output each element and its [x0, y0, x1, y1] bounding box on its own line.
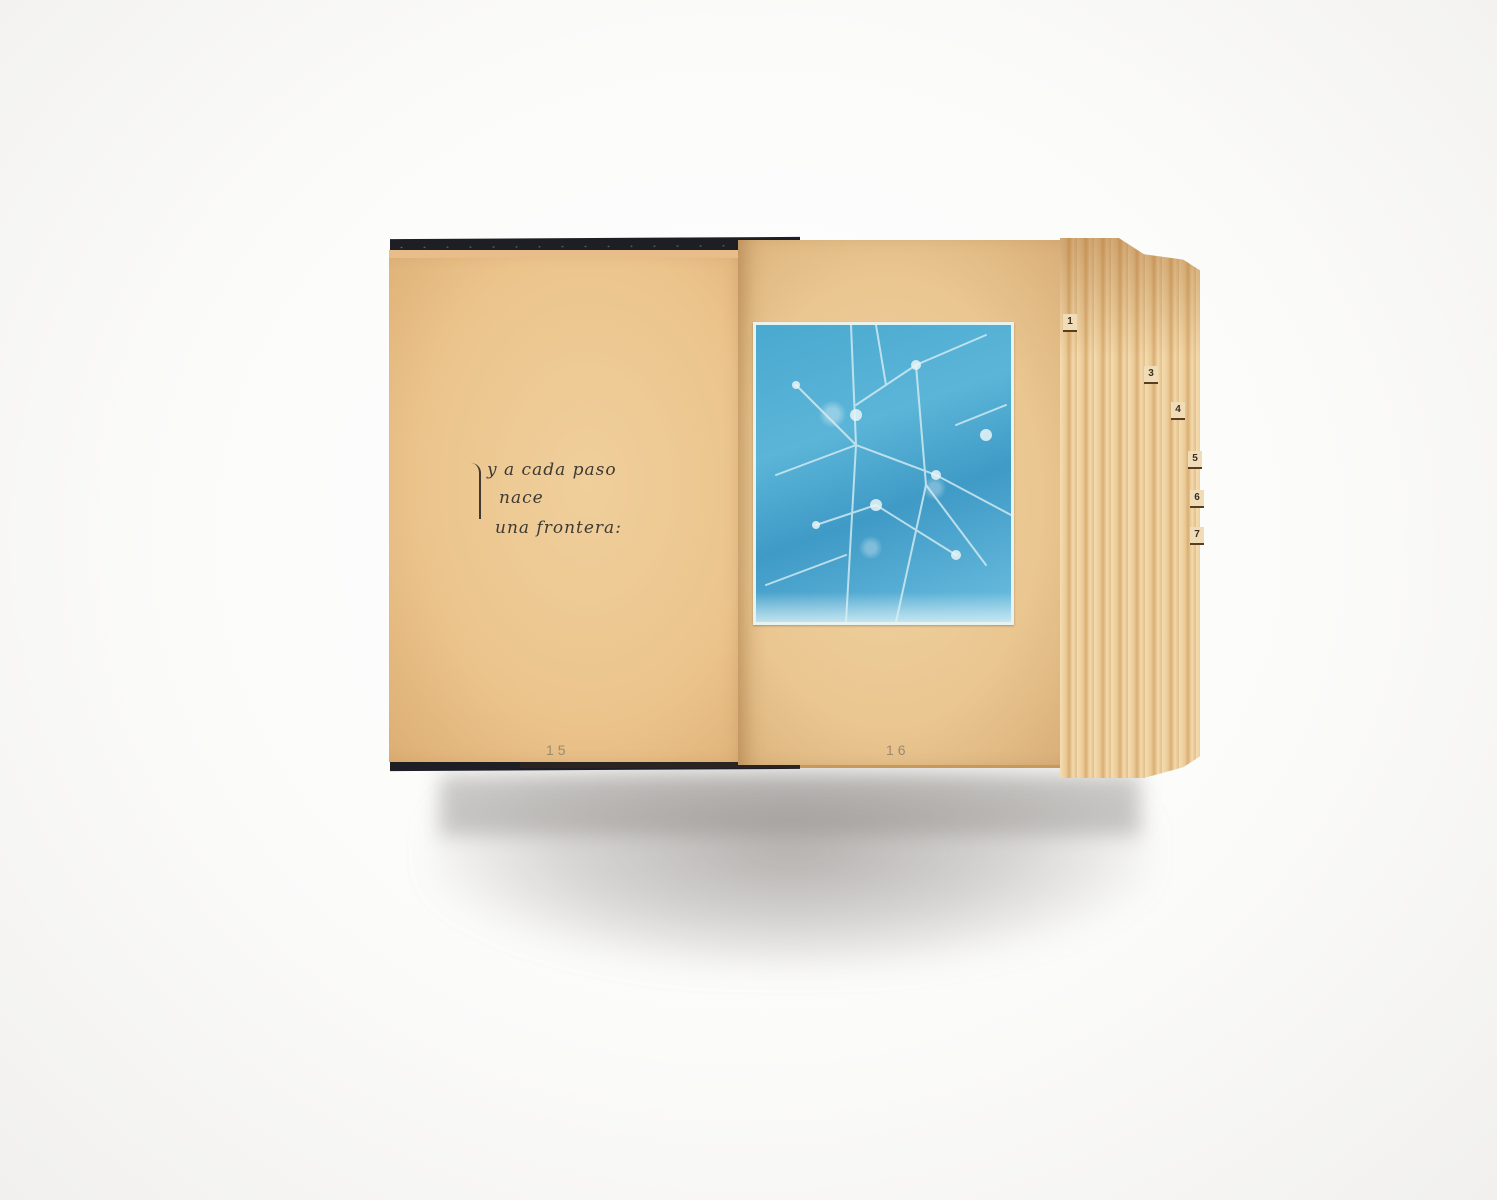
handwriting-line-2: nace — [499, 483, 544, 513]
cyanotype-photo — [753, 322, 1014, 625]
index-tab-6: 6 — [1190, 490, 1204, 506]
book-shadow — [430, 770, 1150, 970]
page-number-right: 16 — [886, 742, 910, 758]
handwriting-line-1: y a cada paso — [487, 455, 617, 485]
index-tab-7: 7 — [1190, 527, 1204, 543]
index-tab-1: 1 — [1063, 314, 1077, 330]
handwriting-line-3: una frontera: — [495, 513, 622, 543]
branches-illustration — [756, 325, 1011, 622]
index-tab-5: 5 — [1188, 451, 1202, 467]
handwriting-y-stroke — [465, 463, 481, 519]
page-stack-edge — [1060, 238, 1200, 778]
index-tab-4: 4 — [1171, 402, 1185, 418]
index-tab-3: 3 — [1144, 366, 1158, 382]
handwritten-text: y a cada paso nace una frontera: — [465, 455, 665, 575]
page-number-left: 15 — [546, 742, 570, 758]
